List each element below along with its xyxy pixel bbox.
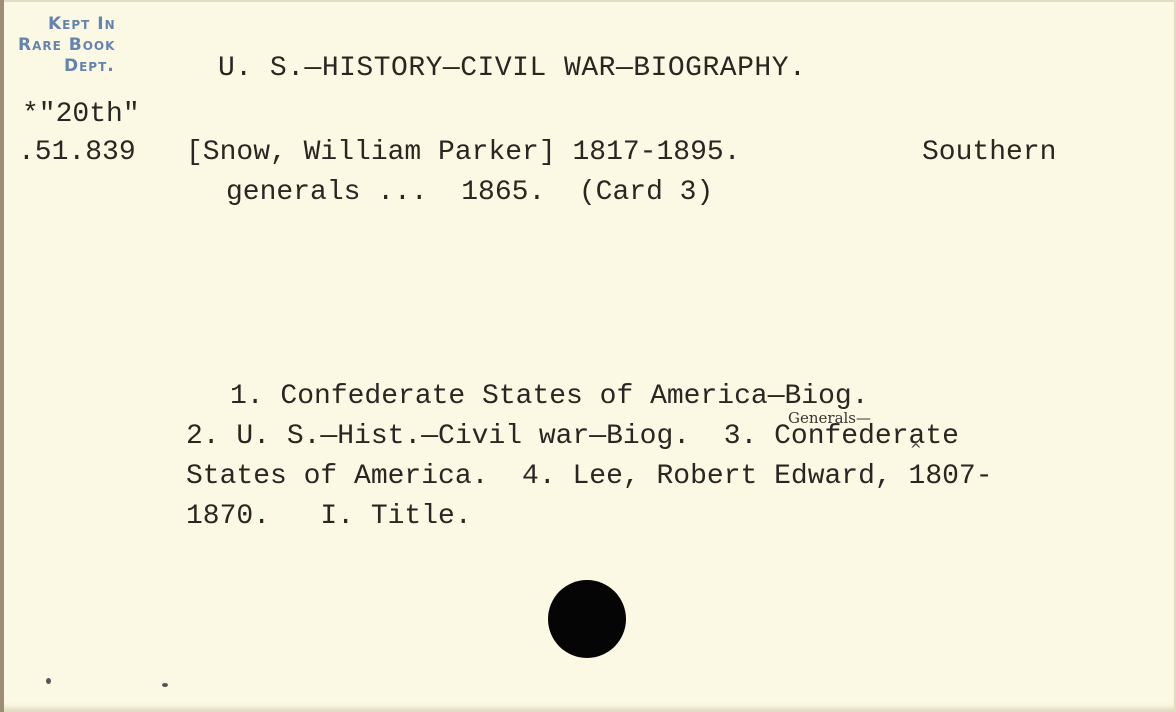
stamp-line-2: Rare Book [14, 35, 194, 56]
tracing-line-3: States of America. 4. Lee, Robert Edward… [186, 460, 993, 494]
main-entry-line-2: generals ... 1865. (Card 3) [226, 176, 713, 210]
call-number-line-2: .51.839 [18, 136, 136, 170]
main-entry-line-1: [Snow, William Parker] 1817-1895. [186, 136, 741, 170]
main-entry-title-start: Southern [922, 136, 1056, 170]
call-number-line-1: *"20th" [22, 98, 140, 132]
subject-heading: U. S.—HISTORY—CIVIL WAR—BIOGRAPHY. [218, 52, 806, 86]
tracing-line-2: 2. U. S.—Hist.—Civil war—Biog. 3. Confed… [186, 420, 959, 454]
punch-hole [548, 580, 626, 658]
rare-book-stamp: Kept In Rare Book Dept. [14, 14, 194, 77]
insertion-caret-icon: ^ [910, 442, 922, 458]
tracing-line-1: 1. Confederate States of America—Biog. [230, 380, 869, 414]
stamp-line-1: Kept In [14, 14, 194, 35]
ink-speck [46, 678, 51, 684]
stamp-line-3: Dept. [14, 56, 194, 77]
ink-speck [162, 683, 168, 687]
tracing-line-4: 1870. I. Title. [186, 500, 472, 534]
catalog-card: Kept In Rare Book Dept. U. S.—HISTORY—CI… [0, 0, 1176, 712]
